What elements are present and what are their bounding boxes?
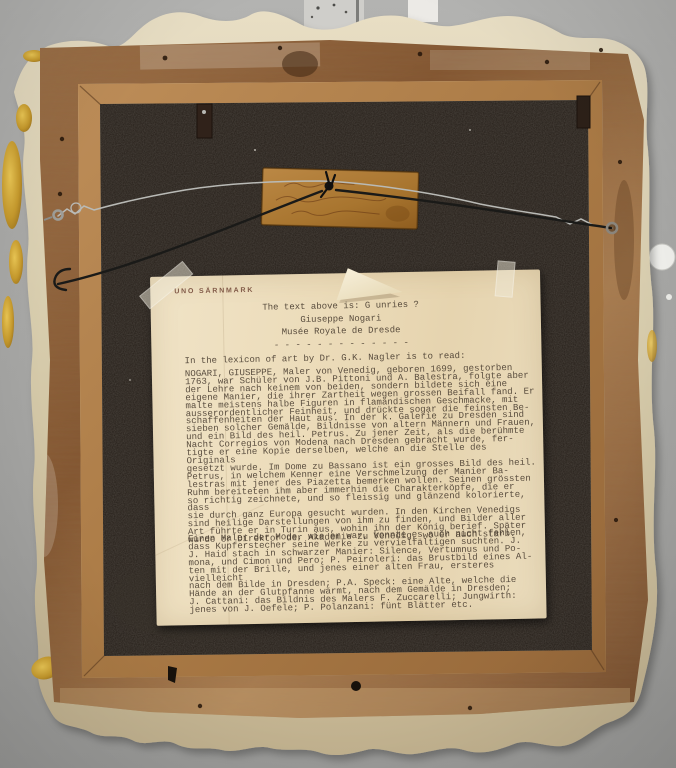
label-header: The text above is: G unries ? Giuseppe N… [191,297,492,353]
tape-strip-right [495,260,516,297]
screw-eye-right [607,223,617,233]
photo-of-painting-verso: UNO SÄRNMARK The text above is: G unries… [0,0,676,768]
lexicon-paragraph-2: Einen Maler der Mode, wie er war, konnte… [188,528,541,614]
owner-stamp-text: UNO SÄRNMARK [174,287,254,296]
door-knob [649,244,675,300]
lexicon-paragraph-1: NOGARI, GIUSEPPE, Maler von Venedig, geb… [185,363,540,544]
handwritten-label [261,168,419,229]
pole-clamp [408,0,438,22]
typed-label-paper: UNO SÄRNMARK The text above is: G unries… [150,269,547,625]
